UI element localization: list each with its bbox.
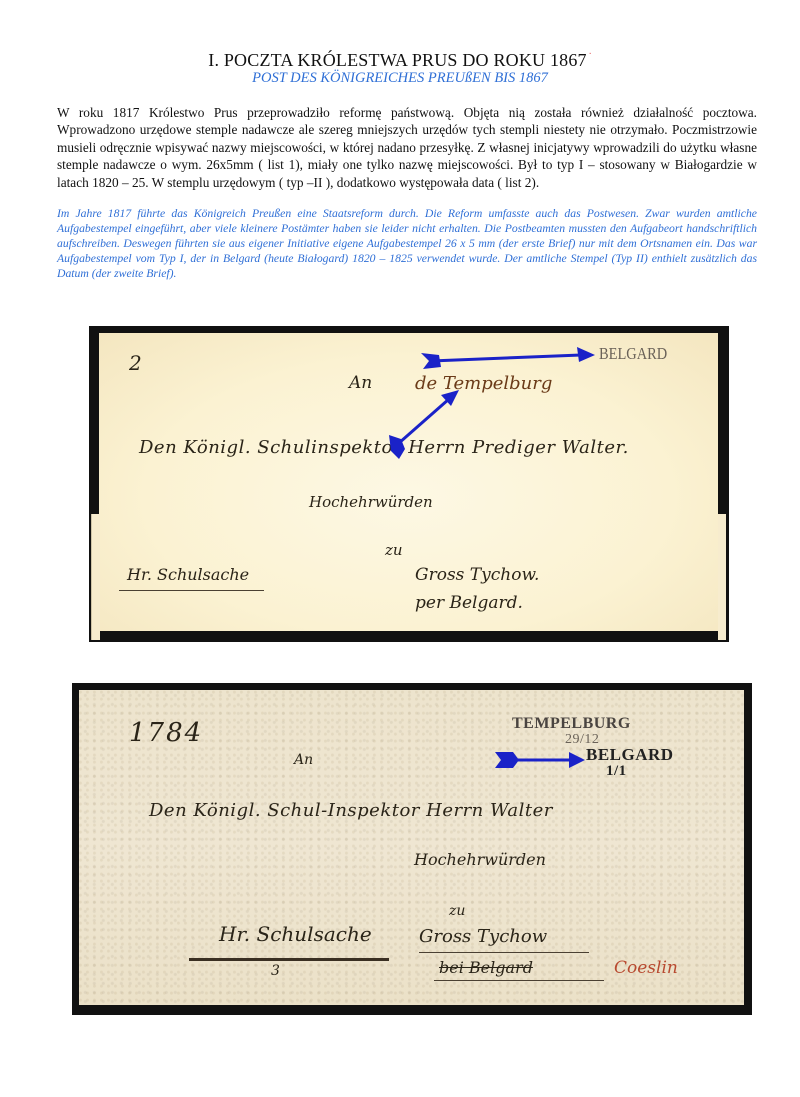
letter-1-arrow-to-tempelburg	[389, 390, 459, 459]
letter-1-arrows	[99, 333, 719, 633]
page-title-text: I. POCZTA KRÓLESTWA PRUS DO ROKU 1867	[208, 50, 587, 70]
letter-1-cover: 2 BELGARD An de Tempelburg Den Königl. S…	[89, 326, 729, 642]
letter-2-paper: 1784 TEMPELBURG 29/12 BELGARD 1/1 An Den…	[79, 690, 744, 1005]
description-german: Im Jahre 1817 führte das Königreich Preu…	[57, 206, 757, 281]
letter-2-arrows	[79, 690, 739, 1010]
page-title: I. POCZTA KRÓLESTWA PRUS DO ROKU 1867ˑ	[0, 50, 800, 71]
title-mark: ˑ	[589, 50, 592, 61]
letter-1-arrow-to-stamp	[421, 347, 595, 369]
letter-1-paper: 2 BELGARD An de Tempelburg Den Königl. S…	[99, 333, 718, 631]
letter-2-arrow-to-belgard	[495, 752, 585, 768]
letter-2-cover: 1784 TEMPELBURG 29/12 BELGARD 1/1 An Den…	[72, 683, 752, 1015]
description-polish: W roku 1817 Królestwo Prus przeprowadził…	[57, 104, 757, 191]
page-subtitle: POST DES KÖNIGREICHES PREUßEN BIS 1867	[0, 70, 800, 87]
letter-1-right-flap	[718, 514, 726, 640]
